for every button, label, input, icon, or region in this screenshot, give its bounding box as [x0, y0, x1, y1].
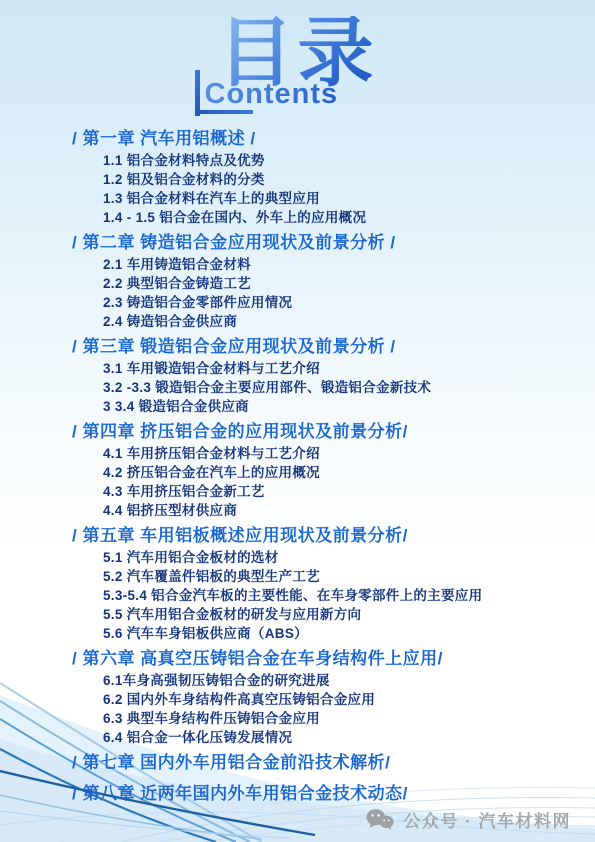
chapter-3-section: / 第三章 锻造铝合金应用现状及前景分析 / 3.1 车用锻造铝合金材料与工艺介… [72, 336, 565, 416]
chapter-7-section: / 第七章 国内外车用铝合金前沿技术解析/ [72, 752, 565, 773]
toc-item: 5.6 汽车车身铝板供应商（ABS） [103, 624, 565, 643]
toc-item: 4.3 车用挤压铝合金新工艺 [103, 482, 565, 501]
toc-item: 3.2 -3.3 锻造铝合金主要应用部件、锻造铝合金新技术 [103, 378, 565, 397]
toc-item: 6.3 典型车身结构件压铸铝合金应用 [103, 709, 565, 728]
logo-title-en: Contents [205, 78, 339, 110]
toc-item: 5.2 汽车覆盖件铝板的典型生产工艺 [103, 567, 565, 586]
table-of-contents: / 第一章 汽车用铝概述 / 1.1 铝合金材料特点及优势 1.2 铝及铝合金材… [72, 128, 565, 804]
toc-item: 1.4 - 1.5 铝合金在国内、外车上的应用概况 [103, 208, 565, 227]
chapter-3-title: / 第三章 锻造铝合金应用现状及前景分析 / [72, 336, 565, 357]
toc-item: 6.4 铝合金一体化压铸发展情况 [103, 728, 565, 747]
footer-account-label: 公众号 · 汽车材料网 [403, 807, 571, 832]
toc-item: 4.1 车用挤压铝合金材料与工艺介绍 [103, 444, 565, 463]
chapter-6-title: / 第六章 高真空压铸铝合金在车身结构件上应用/ [72, 648, 565, 669]
chapter-1-title: / 第一章 汽车用铝概述 / [72, 128, 565, 149]
chapter-2-title: / 第二章 铸造铝合金应用现状及前景分析 / [72, 232, 565, 253]
chapter-3-items: 3.1 车用锻造铝合金材料与工艺介绍 3.2 -3.3 锻造铝合金主要应用部件、… [72, 359, 565, 416]
chapter-6-section: / 第六章 高真空压铸铝合金在车身结构件上应用/ 6.1车身高强韧压铸铝合金的研… [72, 648, 565, 747]
chapter-4-section: / 第四章 挤压铝合金的应用现状及前景分析/ 4.1 车用挤压铝合金材料与工艺介… [72, 421, 565, 520]
chapter-8-title: / 第八章 近两年国内外车用铝合金技术动态/ [72, 783, 565, 804]
toc-item: 3.1 车用锻造铝合金材料与工艺介绍 [103, 359, 565, 378]
toc-item: 1.3 铝合金材料在汽车上的典型应用 [103, 189, 565, 208]
toc-item: 5.1 汽车用铝合金板材的选材 [103, 548, 565, 567]
toc-item: 3 3.4 锻造铝合金供应商 [103, 397, 565, 416]
chapter-1-items: 1.1 铝合金材料特点及优势 1.2 铝及铝合金材料的分类 1.3 铝合金材料在… [72, 151, 565, 227]
wechat-icon [366, 808, 394, 831]
toc-item: 1.2 铝及铝合金材料的分类 [103, 170, 565, 189]
chapter-5-title: / 第五章 车用铝板概述应用现状及前景分析/ [72, 525, 565, 546]
toc-item: 4.4 铝挤压型材供应商 [103, 501, 565, 520]
chapter-8-section: / 第八章 近两年国内外车用铝合金技术动态/ [72, 783, 565, 804]
chapter-2-section: / 第二章 铸造铝合金应用现状及前景分析 / 2.1 车用铸造铝合金材料 2.2… [72, 232, 565, 331]
chapter-6-items: 6.1车身高强韧压铸铝合金的研究进展 6.2 国内外车身结构件高真空压铸铝合金应… [72, 671, 565, 747]
chapter-4-title: / 第四章 挤压铝合金的应用现状及前景分析/ [72, 421, 565, 442]
contents-logo: 目录 Contents [0, 16, 595, 111]
chapter-4-items: 4.1 车用挤压铝合金材料与工艺介绍 4.2 挤压铝合金在汽车上的应用概况 4.… [72, 444, 565, 520]
chapter-2-items: 2.1 车用铸造铝合金材料 2.2 典型铝合金铸造工艺 2.3 铸造铝合金零部件… [72, 255, 565, 331]
chapter-1-section: / 第一章 汽车用铝概述 / 1.1 铝合金材料特点及优势 1.2 铝及铝合金材… [72, 128, 565, 227]
chapter-5-section: / 第五章 车用铝板概述应用现状及前景分析/ 5.1 汽车用铝合金板材的选材 5… [72, 525, 565, 643]
chapter-5-items: 5.1 汽车用铝合金板材的选材 5.2 汽车覆盖件铝板的典型生产工艺 5.3-5… [72, 548, 565, 643]
toc-item: 2.1 车用铸造铝合金材料 [103, 255, 565, 274]
toc-item: 2.4 铸造铝合金供应商 [103, 312, 565, 331]
toc-item: 2.3 铸造铝合金零部件应用情况 [103, 293, 565, 312]
toc-item: 5.3-5.4 铝合金汽车板的主要性能、在车身零部件上的主要应用 [103, 586, 565, 605]
logo-title-en-frame: Contents [193, 78, 403, 111]
toc-item: 6.2 国内外车身结构件高真空压铸铝合金应用 [103, 690, 565, 709]
toc-item: 2.2 典型铝合金铸造工艺 [103, 274, 565, 293]
chapter-7-title: / 第七章 国内外车用铝合金前沿技术解析/ [72, 752, 565, 773]
toc-item: 1.1 铝合金材料特点及优势 [103, 151, 565, 170]
toc-item: 4.2 挤压铝合金在汽车上的应用概况 [103, 463, 565, 482]
footer-account: 公众号 · 汽车材料网 [366, 807, 571, 832]
toc-item: 5.5 汽车用铝合金板材的研发与应用新方向 [103, 605, 565, 624]
toc-item: 6.1车身高强韧压铸铝合金的研究进展 [103, 671, 565, 690]
